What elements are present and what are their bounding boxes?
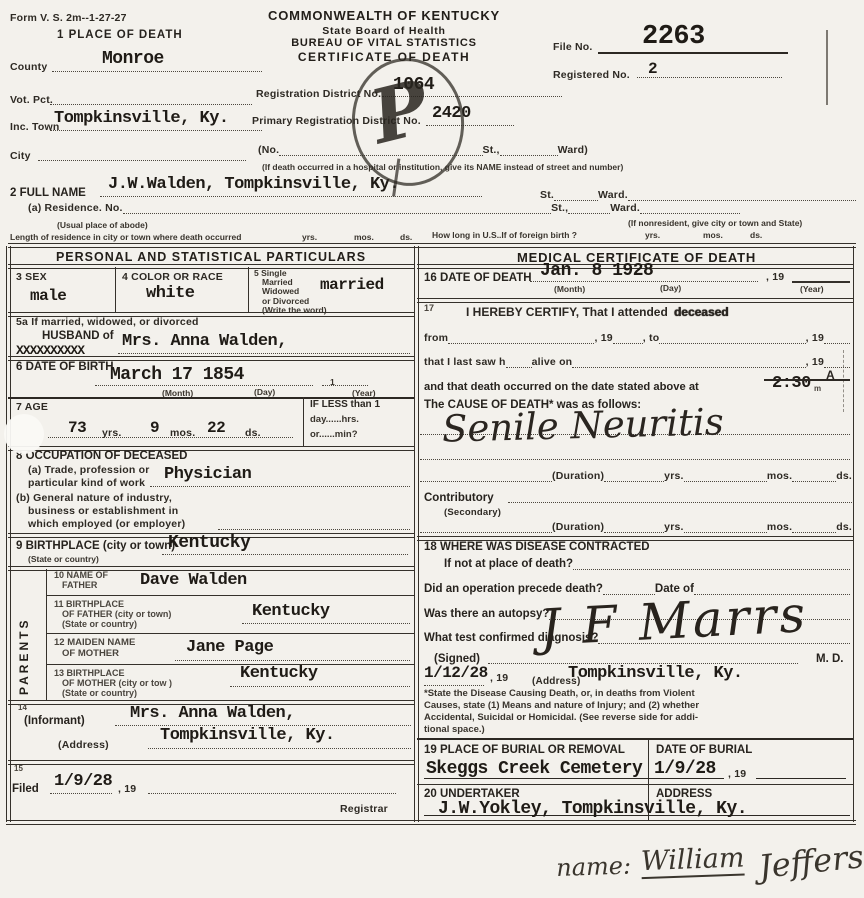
occupation-b2: business or establishment in (28, 505, 178, 517)
not-at-place-line: If not at place of death? (444, 558, 850, 570)
line (756, 765, 846, 779)
footnote-line2: Causes, state (1) Means and nature of In… (424, 700, 854, 712)
column-divider (414, 246, 419, 822)
footnote-line4: tional space.) (424, 724, 854, 736)
leader (500, 144, 558, 156)
commonwealth-title: COMMONWEALTH OF KENTUCKY (238, 8, 530, 23)
occupation-label: 8 OCCUPATION OF DECEASED (16, 450, 187, 462)
time-of-death-value: 2:30 (772, 374, 811, 393)
city-line (38, 147, 246, 161)
occupation-a1: (a) Trade, profession or (28, 464, 150, 476)
line (424, 672, 484, 686)
line (230, 673, 410, 687)
lastsaw-text: that I last saw h (424, 356, 506, 368)
mother-bp-label2: OF MOTHER (city or tow ) (62, 678, 172, 688)
birthplace-sub: (State or country) (28, 554, 99, 564)
father-label1: 10 NAME OF (54, 570, 108, 580)
leader (448, 332, 594, 344)
leader (573, 558, 850, 570)
certify-line: I HEREBY CERTIFY, That I attended deceas… (466, 305, 729, 319)
burial-place-value: Skeggs Creek Cemetery (426, 759, 642, 779)
color-race-label: 4 COLOR OR RACE (122, 271, 223, 283)
name-st-ward: St. Ward. (540, 189, 856, 201)
address-label: (Address) (58, 739, 109, 751)
mother-name-label1: 12 MAIDEN NAME (54, 637, 135, 648)
registrar-label: Registrar (340, 803, 388, 815)
occupation-line (150, 473, 410, 487)
no-label: (No. (258, 144, 279, 156)
q18c-label: Was there an autopsy? (424, 608, 549, 620)
yrs-label: yrs. (302, 232, 317, 242)
contributory-label: Contributory (424, 492, 494, 504)
date-of-death-label: 16 DATE OF DEATH (424, 272, 532, 284)
leader (568, 202, 610, 214)
ds: ds. (836, 470, 852, 482)
year-19: , 19 (766, 271, 784, 283)
deceased-word: deceased (674, 305, 729, 319)
n19: , 19 (594, 332, 612, 344)
line (148, 780, 396, 794)
occupation-b1: (b) General nature of industry, (16, 492, 172, 504)
leader (792, 470, 836, 482)
city-label: City (10, 150, 31, 162)
vot-pct-label: Vot. Pct. (10, 94, 53, 106)
line (50, 780, 112, 794)
leader (554, 189, 598, 201)
certify-text: I HEREBY CERTIFY, That I attended (466, 305, 668, 319)
if-less-note1: IF LESS than 1 (310, 399, 380, 410)
burial-19: , 19 (728, 768, 746, 780)
month-caption: (Month) (554, 284, 585, 294)
duration-label: (Duration) (552, 521, 604, 533)
year-line (322, 372, 368, 386)
q18a-label: If not at place of death? (444, 558, 573, 570)
section-rule (8, 243, 856, 248)
year-caption: (Year) (800, 284, 824, 294)
father-label2: FATHER (62, 580, 97, 590)
line (148, 735, 411, 749)
husband-label: HUSBAND of (42, 330, 114, 342)
filed-number: 15 (14, 764, 23, 773)
bureau-title: BUREAU OF VITAL STATISTICS (238, 37, 530, 49)
leader (640, 202, 740, 214)
cell-divider (115, 267, 116, 312)
from-label: from (424, 332, 448, 344)
day-caption: (Day) (660, 283, 681, 293)
mos-label: mos. (354, 232, 374, 242)
bottom-rule (6, 820, 856, 825)
md-label: M. D. (816, 653, 843, 665)
residence-line: (a) Residence. No. St., Ward. (28, 202, 740, 214)
personal-section-title: PERSONAL AND STATISTICAL PARTICULARS (8, 250, 414, 264)
informant-number: 14 (18, 703, 27, 712)
alive-on-text: alive on (532, 356, 573, 368)
spouse-line (118, 340, 410, 354)
q18b-label: Did an operation precede death? (424, 583, 603, 595)
nonresident-note: (If nonresident, give city or town and S… (628, 218, 802, 228)
attended-from-line: from , 19 , to , 19 (424, 332, 850, 344)
registered-no-label: Registered No. (553, 69, 630, 81)
yrs: yrs. (664, 521, 683, 533)
burial-place-label: 19 PLACE OF BURIAL OR REMOVAL (424, 744, 625, 756)
file-no-line (598, 52, 788, 54)
duration-line-1: (Duration) yrs. mos. ds. (420, 470, 852, 482)
leader (824, 356, 850, 368)
leader (613, 332, 643, 344)
if-less-note3: or......min? (310, 429, 358, 440)
ward-label: Ward) (558, 144, 588, 156)
father-bp-label3: (State or country) (62, 619, 137, 629)
leader (628, 189, 856, 201)
father-bp-label2: OF FATHER (city or town) (62, 609, 171, 619)
mos: mos. (767, 521, 792, 533)
employer-line (218, 516, 410, 530)
scan-artifact (4, 414, 44, 454)
last-saw-line: that I last saw h alive on , 19 (424, 356, 850, 368)
rule (46, 633, 414, 634)
stamp-letter: P (362, 64, 437, 161)
n19: , 19 (806, 356, 824, 368)
line (792, 268, 850, 283)
full-name-label: 2 FULL NAME (10, 187, 86, 199)
leader (420, 521, 552, 533)
line (175, 647, 410, 661)
day-caption: (Day) (254, 387, 275, 397)
leader (123, 202, 551, 214)
line (530, 268, 758, 282)
leader (659, 332, 805, 344)
marital-value: married (320, 276, 384, 294)
rule (8, 760, 414, 765)
marital-option: Widowed (262, 286, 299, 296)
father-value: Dave Walden (140, 571, 247, 590)
mos: mos. (767, 470, 792, 482)
st-label: St., (551, 202, 568, 214)
form-number: Form V. S. 2m--1-27-27 (10, 12, 127, 24)
line (488, 650, 798, 664)
leader (824, 332, 850, 344)
file-no-label: File No. (553, 41, 593, 53)
ds: ds. (836, 521, 852, 533)
time-m-label: m (814, 384, 821, 393)
full-name-line (100, 183, 482, 197)
leader (792, 521, 836, 533)
leader (604, 521, 664, 533)
board-title: State Board of Health (238, 25, 530, 37)
length-label: Length of residence in city or town wher… (10, 232, 241, 242)
line (115, 712, 411, 726)
q5a-label: 5a If married, widowed, or divorced (16, 316, 199, 328)
st-label: St., (483, 144, 500, 156)
cell-divider (248, 267, 249, 312)
occupation-b3: which employed (or employer) (28, 518, 185, 530)
death-certificate: Form V. S. 2m--1-27-27 1 PLACE OF DEATH … (0, 0, 864, 898)
name-label-handwritten: name: (556, 851, 632, 882)
certificate-title: CERTIFICATE OF DEATH (238, 50, 530, 64)
rule (46, 664, 414, 665)
rule (417, 784, 853, 785)
footnote-line3: Accidental, Suicidal or Homicidal. (See … (424, 712, 854, 724)
footnote: *State the Disease Causing Death, or, in… (424, 688, 854, 736)
ward-label: Ward. (610, 202, 640, 214)
certify-number: 17 (424, 303, 434, 313)
file-no-value: 2263 (642, 22, 705, 52)
inc-town-line (50, 117, 262, 131)
parents-divider (46, 569, 47, 700)
rule (417, 298, 853, 303)
leader (420, 470, 552, 482)
line (242, 610, 410, 624)
cause-of-death-handwritten: Senile Neuritis (441, 400, 724, 450)
yrs: yrs. (664, 470, 683, 482)
secondary-label: (Secondary) (444, 507, 501, 518)
informant-label: (Informant) (24, 715, 85, 727)
handwritten-name: name: William Jefferson (555, 832, 864, 882)
mother-bp-label3: (State or country) (62, 688, 137, 698)
physician-signature: J F Marrs (539, 585, 810, 657)
age-label: 7 AGE (16, 401, 48, 413)
footnote-line1: *State the Disease Causing Death, or, in… (424, 688, 854, 700)
leader (604, 470, 664, 482)
name-first-handwritten: William (640, 842, 745, 879)
birthplace-label: 9 BIRTHPLACE (city or town) (16, 540, 175, 552)
line (764, 379, 850, 381)
cell-divider (303, 397, 304, 446)
residence-label: (a) Residence. No. (28, 202, 123, 214)
yrs-label: yrs. (645, 230, 660, 240)
abode-note: (Usual place of abode) (57, 220, 148, 230)
occupation-a2: particular kind of work (28, 477, 145, 489)
rule (417, 738, 853, 740)
county-line (52, 58, 262, 72)
sex-label: 3 SEX (16, 271, 47, 283)
burial-date-value: 1/9/28 (654, 759, 716, 779)
mother-bp-label1: 13 BIRTHPLACE (54, 668, 125, 678)
sex-value: male (30, 287, 66, 305)
mos-label: mos. (703, 230, 723, 240)
mother-name-label2: OF MOTHER (62, 648, 119, 659)
registered-no-line (637, 64, 782, 78)
burial-date-label: DATE OF BURIAL (656, 744, 752, 756)
signed-19: , 19 (490, 672, 508, 684)
filed-label: Filed (12, 783, 39, 795)
place-of-death-heading: 1 PLACE OF DEATH (57, 29, 183, 41)
duration-label: (Duration) (552, 470, 604, 482)
rule (8, 264, 414, 269)
page-edge-mark (826, 30, 828, 105)
name-last-handwritten: Jefferson (757, 833, 864, 886)
father-bp-label1: 11 BIRTHPLACE (54, 599, 124, 609)
rule (46, 595, 414, 596)
signed-address-value: Tompkinsville, Ky. (568, 664, 743, 683)
leader (684, 470, 767, 482)
n19: , 19 (806, 332, 824, 344)
vot-pct-line (50, 91, 252, 105)
line (508, 489, 852, 503)
birthplace-line (162, 541, 408, 555)
ward-label: Ward. (598, 189, 628, 201)
age-line (48, 424, 293, 438)
leader (684, 521, 767, 533)
st-label: St. (540, 189, 554, 201)
ds-label: ds. (750, 230, 762, 240)
filed-19: , 19 (118, 783, 136, 795)
dob-line (95, 372, 313, 386)
duration-line-2: (Duration) yrs. mos. ds. (420, 521, 852, 533)
leader (506, 356, 532, 368)
county-label: County (10, 61, 47, 73)
occurred-label: and that death occurred on the date stat… (424, 381, 699, 393)
ds-label: ds. (400, 232, 412, 242)
leader (572, 356, 805, 368)
to-label: , to (643, 332, 660, 344)
if-less-note2: day......hrs. (310, 414, 359, 425)
undertaker-value: J.W.Yokley, Tompkinsville, Ky. (438, 799, 747, 819)
where-contracted-label: 18 WHERE WAS DISEASE CONTRACTED (424, 541, 650, 553)
howlong-label: How long in U.S..If of foreign birth ? (432, 230, 577, 240)
parents-vertical-label: PARENTS (17, 577, 31, 695)
color-race-value: white (146, 284, 195, 303)
